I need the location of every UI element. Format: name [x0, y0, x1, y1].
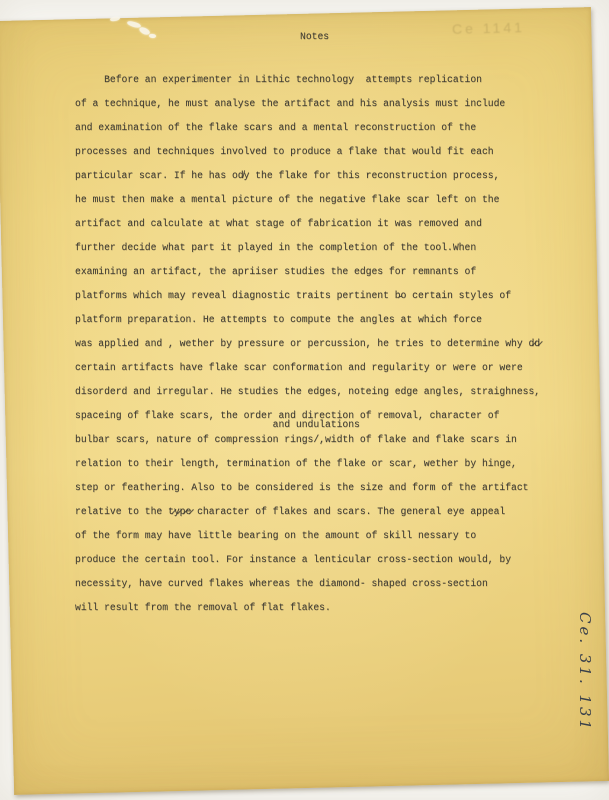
text-line: of the form may have little bearing on t…	[75, 524, 575, 548]
text-line: platform preparation. He attempts to com…	[75, 308, 575, 332]
text-line: certain artifacts have flake scar confor…	[75, 356, 575, 380]
photo-background: Ce 1141 Notes Before an experimenter in …	[0, 0, 609, 800]
text-line: examining an artifact, the apriiser stud…	[75, 260, 575, 284]
text-line: bulbar scars, nature of compression ring…	[75, 428, 575, 452]
text-line: platforms which may reveal diagnostic tr…	[75, 284, 575, 308]
text-line: Before an experimenter in Lithic technol…	[75, 68, 575, 92]
text-line: relative to the t̷y̷p̷e̷ character of fl…	[75, 500, 575, 524]
text-line: relation to their length, termination of…	[75, 452, 575, 476]
text-line: further decide what part it played in th…	[75, 236, 575, 260]
text-line: necessity, have curved flakes whereas th…	[75, 572, 575, 596]
handwritten-catalog-number: Ce. 31. 131	[576, 612, 594, 732]
text-line: will result from the removal of flat fla…	[75, 596, 575, 620]
text-line: of a technique, he must analyse the arti…	[75, 92, 575, 116]
text-line: artifact and calculate at what stage of …	[75, 212, 575, 236]
text-line: and examination of the flake scars and a…	[75, 116, 575, 140]
text-line: step or feathering. Also to be considere…	[75, 476, 575, 500]
text-line: was applied and , wether by pressure or …	[75, 332, 575, 356]
text-line: disorderd and irregular. He studies the …	[75, 380, 575, 404]
typed-text: Notes Before an experimenter in Lithic t…	[0, 0, 609, 800]
text-line: he must then make a mental picture of th…	[75, 188, 575, 212]
typed-body: Before an experimenter in Lithic technol…	[75, 68, 575, 620]
text-line: produce the certain tool. For instance a…	[75, 548, 575, 572]
document-title: Notes	[300, 30, 329, 44]
text-line: processes and techniques involved to pro…	[75, 140, 575, 164]
text-line: particular scar. If he has od̸y the flak…	[75, 164, 575, 188]
